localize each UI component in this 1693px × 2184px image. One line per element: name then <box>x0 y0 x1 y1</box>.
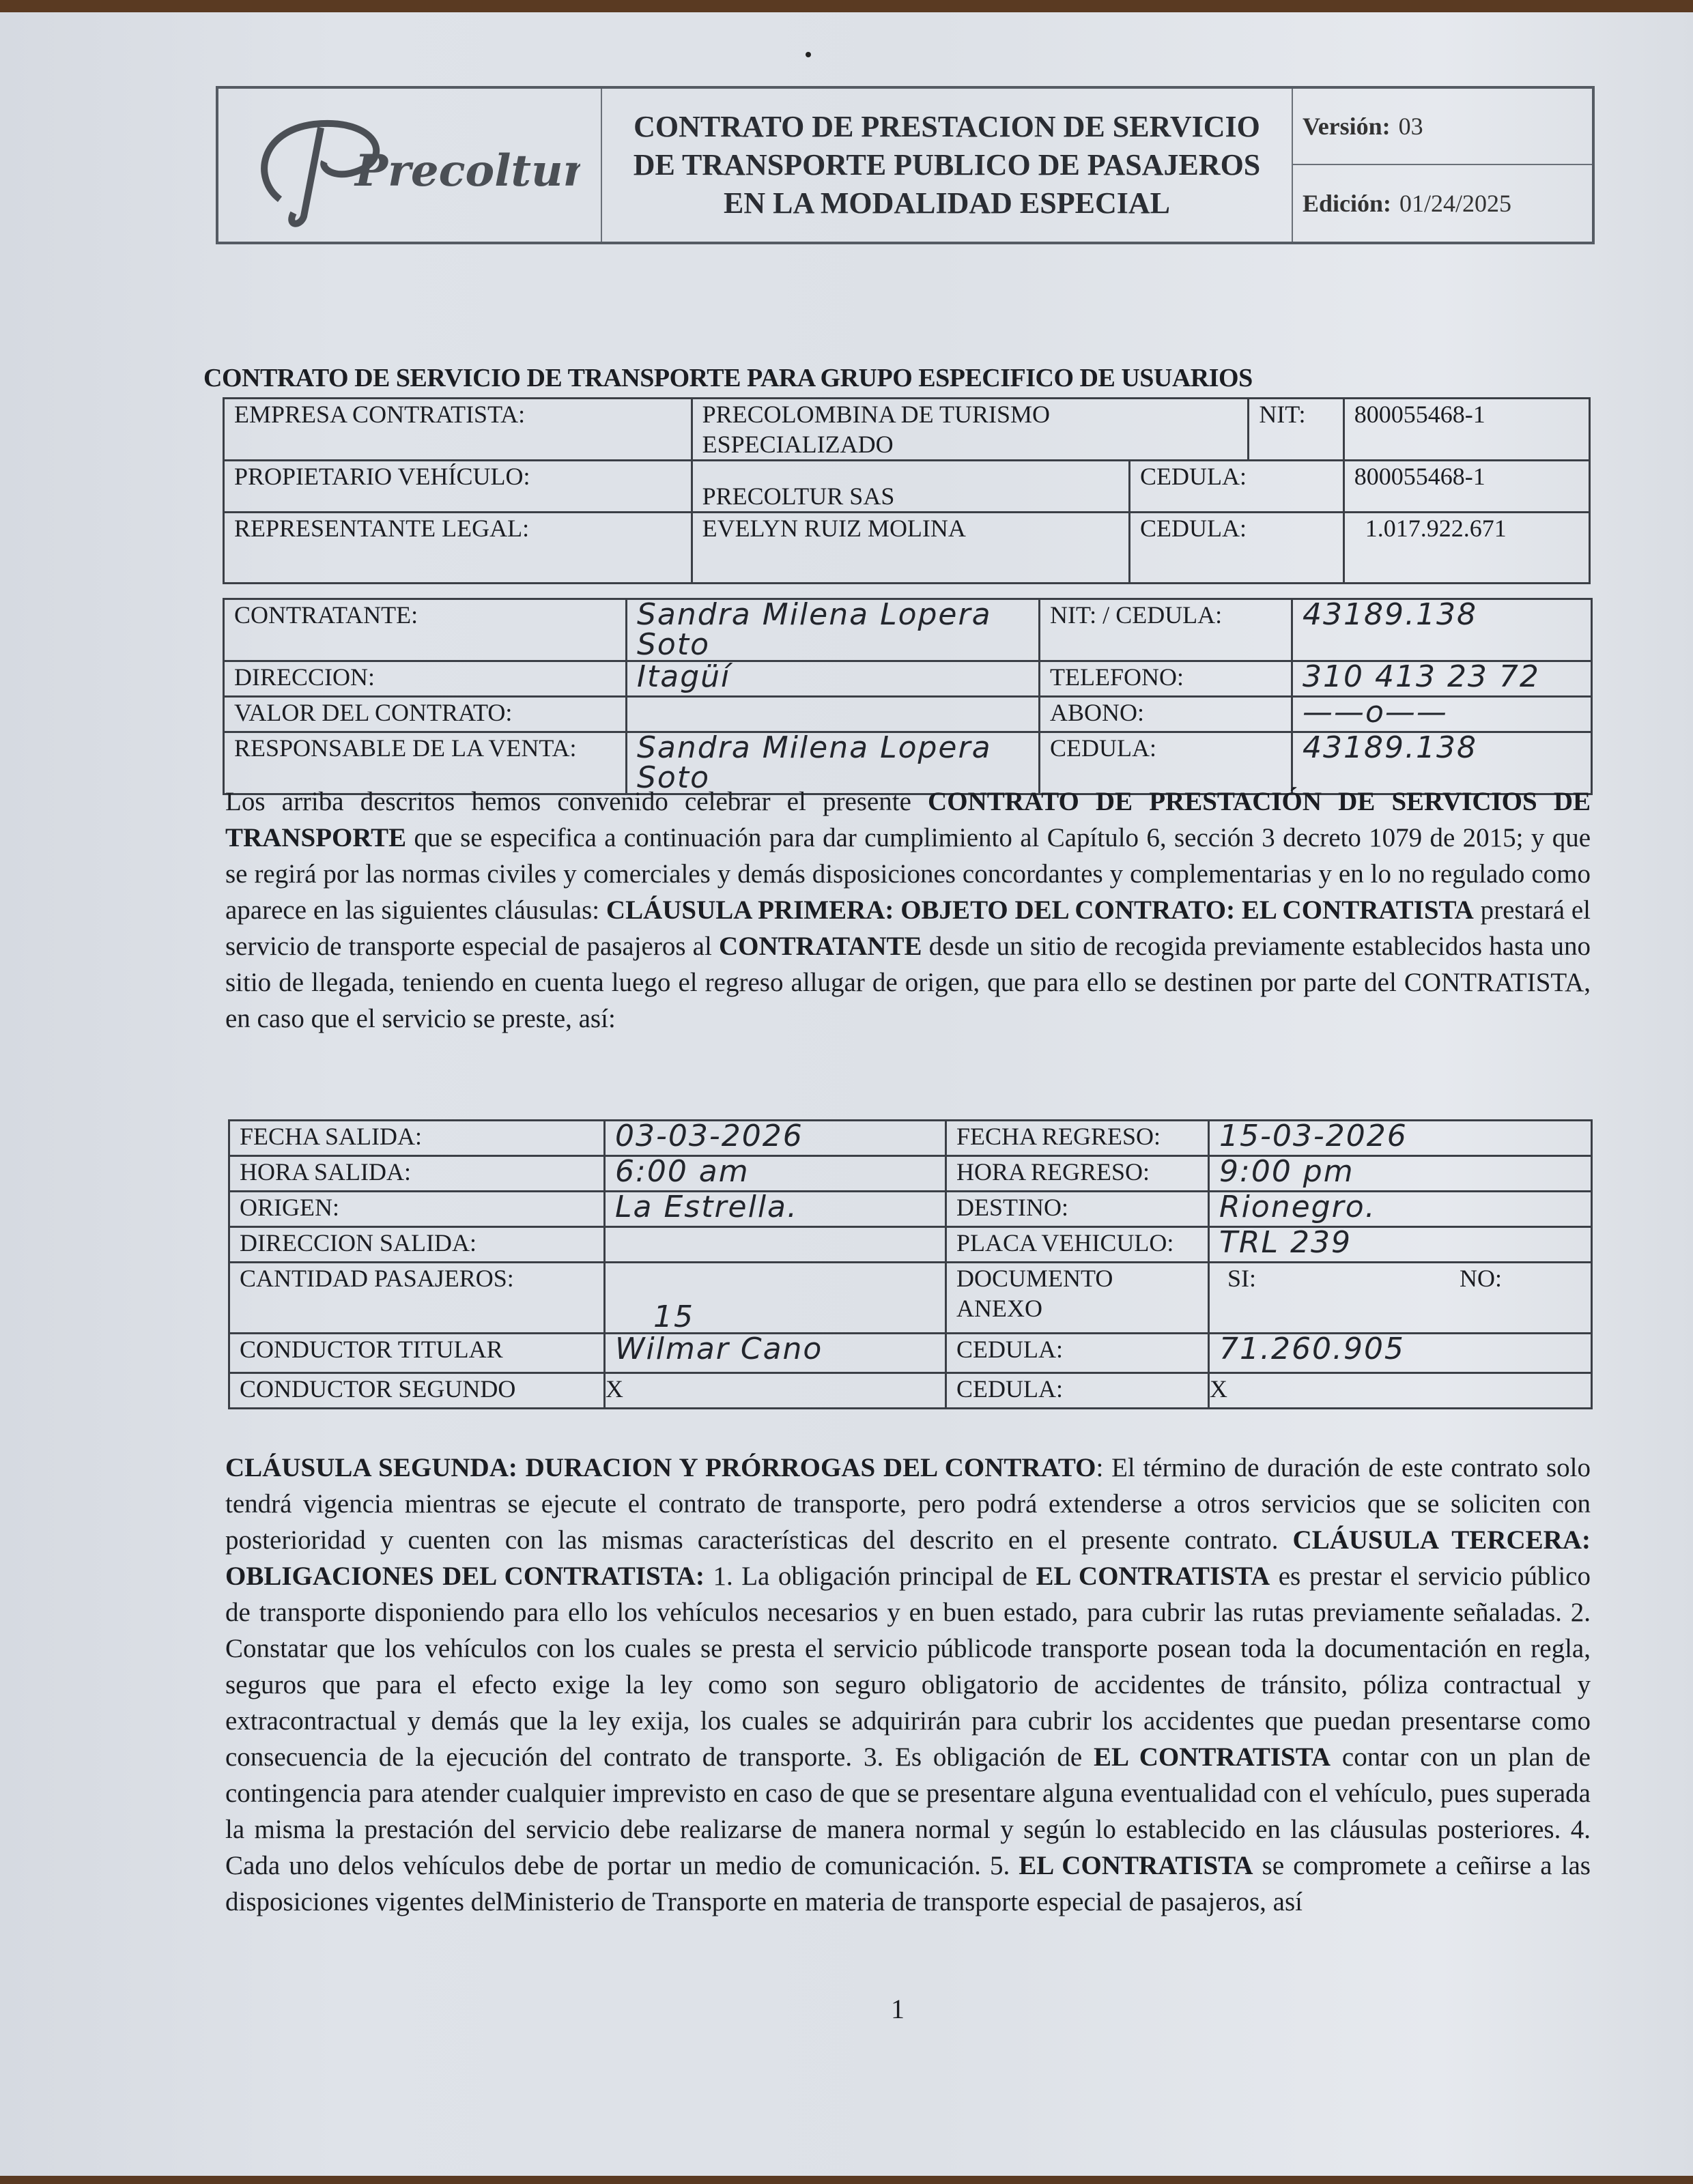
trip-table: FECHA SALIDA: 03-03-2026 FECHA REGRESO: … <box>228 1119 1593 1409</box>
svg-text:Precoltur: Precoltur <box>354 145 580 197</box>
direccion-value[interactable]: Itagüí <box>627 661 1040 697</box>
telefono-label: TELEFONO: <box>1040 661 1292 697</box>
cantidad-value[interactable]: 15 <box>605 1263 946 1334</box>
contratante-label: CONTRATANTE: <box>224 599 627 661</box>
direccion-label: DIRECCION: <box>224 661 627 697</box>
nit-cedula-value[interactable]: 43189.138 <box>1292 599 1592 661</box>
si-option[interactable]: SI: <box>1227 1265 1256 1292</box>
conductor-segundo-label: CONDUCTOR SEGUNDO <box>229 1373 605 1409</box>
abono-value[interactable]: ——o—— <box>1292 697 1592 732</box>
hora-salida-value[interactable]: 6:00 am <box>605 1156 946 1192</box>
client-table: CONTRATANTE: Sandra Milena Lopera Soto N… <box>223 598 1593 795</box>
propietario-cedula-value: 800055468-1 <box>1343 461 1589 513</box>
version-label: Versión: <box>1303 112 1391 141</box>
direccion-salida-label: DIRECCION SALIDA: <box>229 1227 605 1263</box>
document-header: Precoltur CONTRATO DE PRESTACION DE SERV… <box>216 86 1595 244</box>
propietario-label: PROPIETARIO VEHÍCULO: <box>224 461 692 513</box>
propietario-cedula-label: CEDULA: <box>1130 461 1344 513</box>
version-value: 03 <box>1399 112 1423 141</box>
conductor-segundo-value[interactable]: X <box>605 1373 946 1409</box>
cedula2-label: CEDULA: <box>946 1373 1209 1409</box>
fecha-regreso-value[interactable]: 15-03-2026 <box>1209 1121 1592 1156</box>
edition-label: Edición: <box>1303 189 1391 218</box>
edition-value: 01/24/2025 <box>1399 189 1511 218</box>
destino-value[interactable]: Rionegro. <box>1209 1192 1592 1227</box>
intro-paragraph: Los arriba descritos hemos convenido cel… <box>225 784 1591 1037</box>
cedula1-label: CEDULA: <box>946 1334 1209 1373</box>
fecha-salida-label: FECHA SALIDA: <box>229 1121 605 1156</box>
clause-bold-3: EL CONTRATISTA <box>1036 1562 1270 1591</box>
propietario-value: PRECOLTUR SAS <box>692 461 1129 513</box>
representante-cedula-value: 1.017.922.671 <box>1343 513 1589 584</box>
placa-label: PLACA VEHICULO: <box>946 1227 1209 1263</box>
abono-label: ABONO: <box>1040 697 1292 732</box>
fecha-regreso-label: FECHA REGRESO: <box>946 1121 1209 1156</box>
representante-value: EVELYN RUIZ MOLINA <box>692 513 1129 584</box>
origen-label: ORIGEN: <box>229 1192 605 1227</box>
no-option[interactable]: NO: <box>1460 1265 1502 1292</box>
documento-options: SI: NO: <box>1209 1263 1592 1334</box>
conductor-titular-value[interactable]: Wilmar Cano <box>605 1334 946 1373</box>
clauses-paragraph: CLÁUSULA SEGUNDA: DURACION Y PRÓRROGAS D… <box>225 1450 1591 1920</box>
company-table: EMPRESA CONTRATISTA: PRECOLOMBINA DE TUR… <box>223 397 1591 584</box>
ink-dot <box>806 52 811 57</box>
document-page: Precoltur CONTRATO DE PRESTACION DE SERV… <box>0 12 1693 2176</box>
representante-cedula-label: CEDULA: <box>1130 513 1344 584</box>
intro-bold-2: CLÁUSULA PRIMERA: OBJETO DEL CONTRATO: E… <box>606 895 1474 925</box>
conductor-titular-label: CONDUCTOR TITULAR <box>229 1334 605 1373</box>
cedula1-value[interactable]: 71.260.905 <box>1209 1334 1592 1373</box>
page-number: 1 <box>891 1993 905 2025</box>
document-title: CONTRATO DE PRESTACION DE SERVICIO DE TR… <box>602 89 1293 242</box>
clause-bold-5: EL CONTRATISTA <box>1019 1851 1253 1880</box>
edition-row: Edición: 01/24/2025 <box>1293 165 1592 242</box>
hora-regreso-label: HORA REGRESO: <box>946 1156 1209 1192</box>
representante-label: REPRESENTANTE LEGAL: <box>224 513 692 584</box>
destino-label: DESTINO: <box>946 1192 1209 1227</box>
nit-label: NIT: <box>1249 399 1343 461</box>
telefono-value[interactable]: 310 413 23 72 <box>1292 661 1592 697</box>
placa-value[interactable]: TRL 239 <box>1209 1227 1592 1263</box>
precoltur-logo-icon: Precoltur <box>239 97 580 233</box>
hora-regreso-value[interactable]: 9:00 pm <box>1209 1156 1592 1192</box>
document-meta: Versión: 03 Edición: 01/24/2025 <box>1293 89 1592 242</box>
origen-value[interactable]: La Estrella. <box>605 1192 946 1227</box>
section-title: CONTRATO DE SERVICIO DE TRANSPORTE PARA … <box>203 363 1253 393</box>
intro-bold-3: CONTRATANTE <box>719 932 922 961</box>
version-row: Versión: 03 <box>1293 89 1592 165</box>
clause-2-heading: CLÁUSULA SEGUNDA: DURACION Y PRÓRROGAS D… <box>225 1453 1096 1482</box>
company-logo: Precoltur <box>218 89 602 242</box>
valor-value[interactable] <box>627 697 1040 732</box>
intro-text-1: Los arriba descritos hemos convenido cel… <box>225 787 928 816</box>
contratante-value[interactable]: Sandra Milena Lopera Soto <box>627 599 1040 661</box>
hora-salida-label: HORA SALIDA: <box>229 1156 605 1192</box>
cantidad-label: CANTIDAD PASAJEROS: <box>229 1263 605 1334</box>
documento-label: DOCUMENTO ANEXO <box>946 1263 1209 1334</box>
cedula2-value[interactable]: X <box>1209 1373 1592 1409</box>
empresa-value: PRECOLOMBINA DE TURISMO ESPECIALIZADO <box>692 399 1249 461</box>
nit-cedula-label: NIT: / CEDULA: <box>1040 599 1292 661</box>
direccion-salida-value[interactable] <box>605 1227 946 1263</box>
nit-value: 800055468-1 <box>1343 399 1589 461</box>
clause-text-3: es prestar el servicio público de transp… <box>225 1562 1591 1772</box>
empresa-label: EMPRESA CONTRATISTA: <box>224 399 692 461</box>
valor-label: VALOR DEL CONTRATO: <box>224 697 627 732</box>
clause-bold-4: EL CONTRATISTA <box>1094 1742 1331 1772</box>
clause-text-2: 1. La obligación principal de <box>705 1562 1036 1591</box>
fecha-salida-value[interactable]: 03-03-2026 <box>605 1121 946 1156</box>
